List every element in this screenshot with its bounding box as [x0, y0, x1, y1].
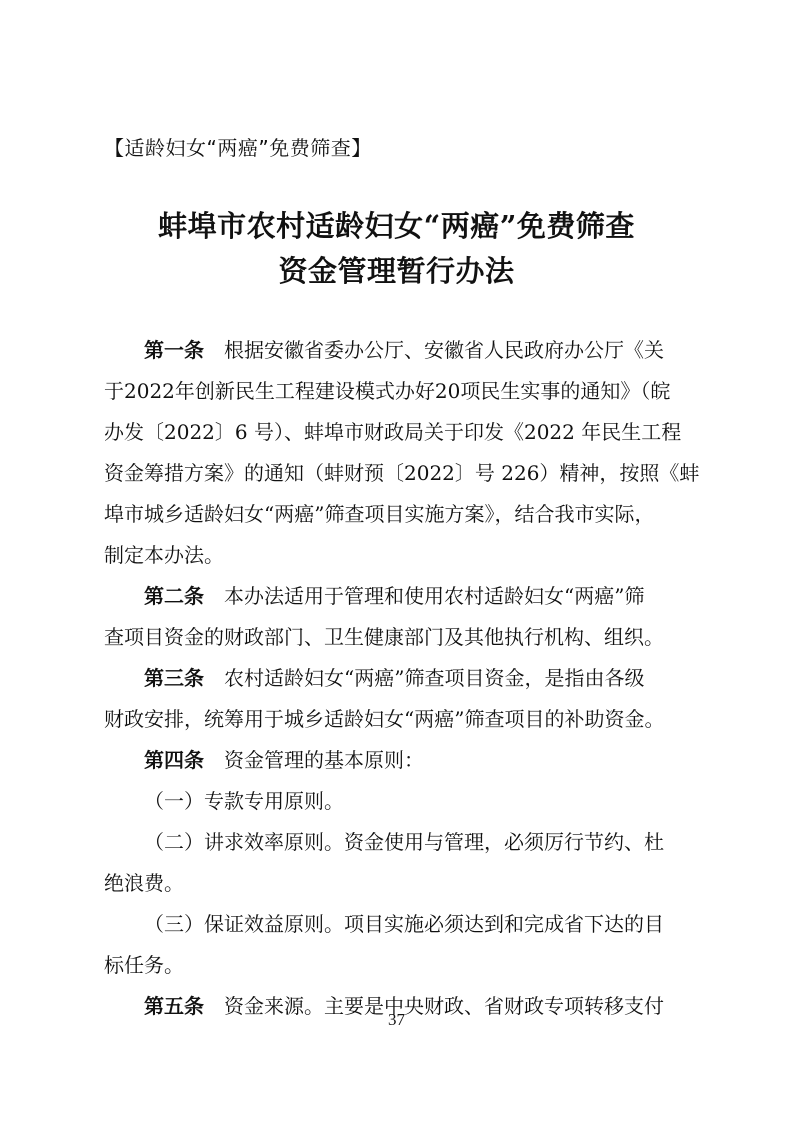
text: 农村适龄妇女“两癌”筛查项目资金，是指由各级: [224, 666, 644, 690]
text-line: 制定本办法。: [104, 535, 694, 576]
document-page: 【适龄妇女“两癌”免费筛查】 蚌埠市农村适龄妇女“两癌”免费筛查 资金管理暂行办…: [0, 0, 793, 1122]
document-title-line-2: 资金管理暂行办法: [0, 249, 793, 290]
text-line: 绝浪费。: [104, 863, 694, 904]
text-line: 查项目资金的财政部门、卫生健康部门及其他执行机构、组织。: [104, 617, 694, 658]
text-line: 财政安排，统筹用于城乡适龄妇女“两癌”筛查项目的补助资金。: [104, 699, 694, 740]
text-line: （一）专款专用原则。: [104, 781, 694, 822]
text-line: （三）保证效益原则。项目实施必须达到和完成省下达的目: [104, 904, 694, 945]
text-line: 第一条根据安徽省委办公厅、安徽省人民政府办公厅《关: [104, 330, 694, 371]
text-line: 于2022年创新民生工程建设模式办好20项民生实事的通知》（皖: [104, 371, 694, 412]
text-line: 标任务。: [104, 945, 694, 986]
article-label: 第四条: [144, 748, 204, 772]
text-line: 资金筹措方案》的通知（蚌财预〔2022〕号 226）精神，按照《蚌: [104, 453, 694, 494]
section-tag: 【适龄妇女“两癌”免费筛查】: [104, 132, 372, 161]
page-number: 37: [0, 1010, 793, 1030]
text-line: （二）讲求效率原则。资金使用与管理，必须厉行节约、杜: [104, 822, 694, 863]
text-line: 第四条资金管理的基本原则：: [104, 740, 694, 781]
text-line: 办发〔2022〕6 号）、蚌埠市财政局关于印发《2022 年民生工程: [104, 412, 694, 453]
article-label: 第一条: [144, 338, 204, 362]
document-title-line-1: 蚌埠市农村适龄妇女“两癌”免费筛查: [0, 204, 793, 245]
text: 根据安徽省委办公厅、安徽省人民政府办公厅《关: [224, 338, 664, 362]
text-line: 第二条本办法适用于管理和使用农村适龄妇女“两癌”筛: [104, 576, 694, 617]
text-line: 第三条农村适龄妇女“两癌”筛查项目资金，是指由各级: [104, 658, 694, 699]
text-line: 埠市城乡适龄妇女“两癌”筛查项目实施方案》，结合我市实际，: [104, 494, 694, 535]
text: 本办法适用于管理和使用农村适龄妇女“两癌”筛: [224, 584, 644, 608]
article-label: 第二条: [144, 584, 204, 608]
article-label: 第三条: [144, 666, 204, 690]
document-body: 第一条根据安徽省委办公厅、安徽省人民政府办公厅《关 于2022年创新民生工程建设…: [104, 330, 694, 1027]
text: 资金管理的基本原则：: [224, 748, 424, 772]
